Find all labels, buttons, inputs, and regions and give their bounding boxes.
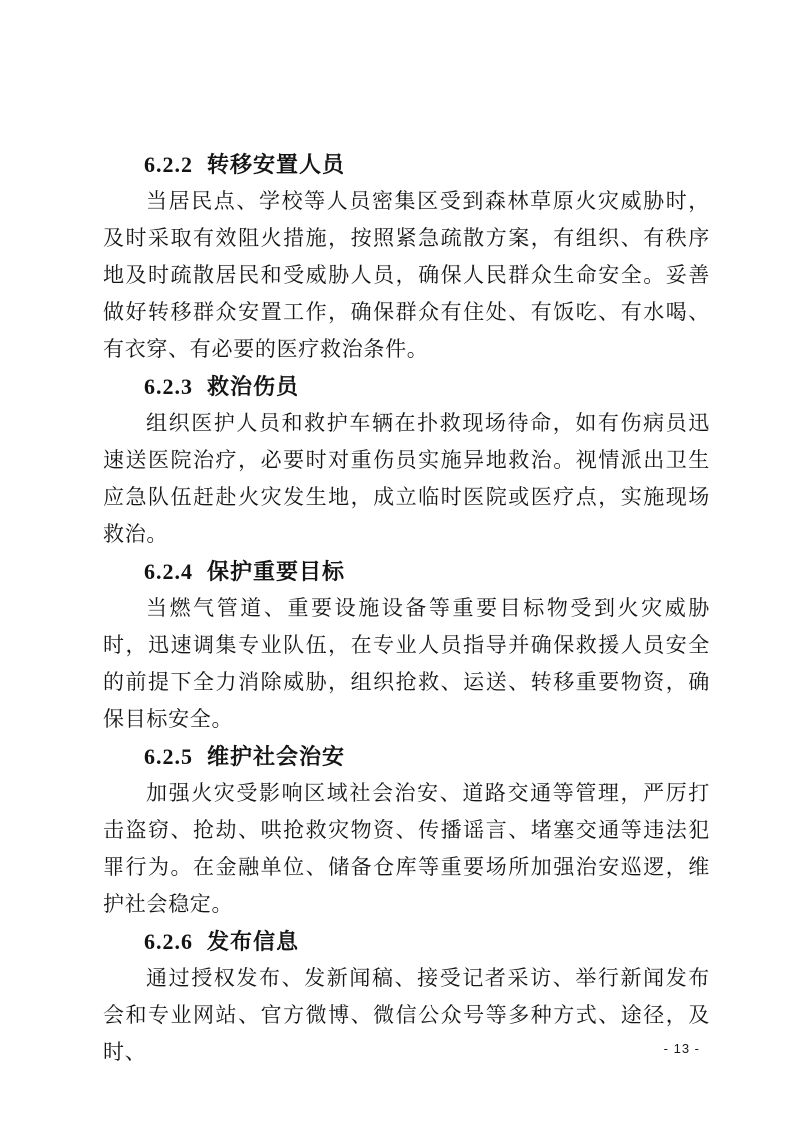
section-paragraph: 当燃气管道、重要设施设备等重要目标物受到火灾威胁时，迅速调集专业队伍，在专业人员… [103,590,710,738]
section-6-2-6: 6.2.6发布信息 通过授权发布、发新闻稿、接受记者采访、举行新闻发布会和专业网… [103,923,710,1071]
section-number: 6.2.2 [144,152,193,177]
section-6-2-5: 6.2.5维护社会治安 加强火灾受影响区域社会治安、道路交通等管理，严厉打击盗窃… [103,738,710,923]
section-6-2-3: 6.2.3救治伤员 组织医护人员和救护车辆在扑救现场待命，如有伤病员迅速送医院治… [103,368,710,553]
section-number: 6.2.5 [144,744,193,769]
section-heading: 6.2.3救治伤员 [103,368,710,405]
section-paragraph: 当居民点、学校等人员密集区受到森林草原火灾威胁时，及时采取有效阻火措施，按照紧急… [103,183,710,368]
section-number: 6.2.3 [144,374,193,399]
section-number: 6.2.4 [144,559,193,584]
page-number: - 13 - [664,1041,700,1056]
section-6-2-2: 6.2.2转移安置人员 当居民点、学校等人员密集区受到森林草原火灾威胁时，及时采… [103,146,710,368]
section-heading: 6.2.2转移安置人员 [103,146,710,183]
section-heading: 6.2.4保护重要目标 [103,553,710,590]
section-number: 6.2.6 [144,929,193,954]
section-title: 转移安置人员 [207,152,345,177]
section-title: 发布信息 [207,929,299,954]
section-heading: 6.2.5维护社会治安 [103,738,710,775]
section-6-2-4: 6.2.4保护重要目标 当燃气管道、重要设施设备等重要目标物受到火灾威胁时，迅速… [103,553,710,738]
page-content: 6.2.2转移安置人员 当居民点、学校等人员密集区受到森林草原火灾威胁时，及时采… [103,146,710,1071]
section-heading: 6.2.6发布信息 [103,923,710,960]
section-paragraph: 组织医护人员和救护车辆在扑救现场待命，如有伤病员迅速送医院治疗，必要时对重伤员实… [103,405,710,553]
section-paragraph: 加强火灾受影响区域社会治安、道路交通等管理，严厉打击盗窃、抢劫、哄抢救灾物资、传… [103,775,710,923]
section-paragraph: 通过授权发布、发新闻稿、接受记者采访、举行新闻发布会和专业网站、官方微博、微信公… [103,960,710,1071]
document-page: 6.2.2转移安置人员 当居民点、学校等人员密集区受到森林草原火灾威胁时，及时采… [0,0,793,1122]
section-title: 保护重要目标 [207,559,345,584]
section-title: 维护社会治安 [207,744,345,769]
section-title: 救治伤员 [207,374,299,399]
